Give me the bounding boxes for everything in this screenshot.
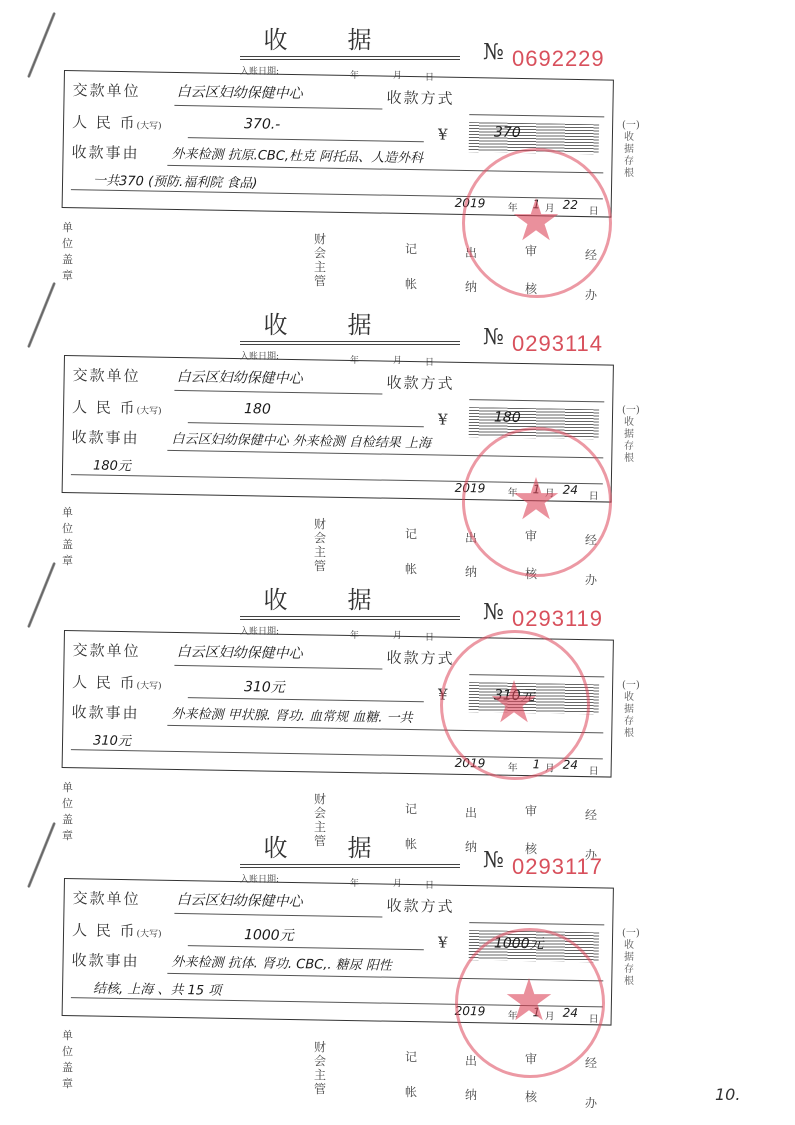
payer-label: 交款单位 bbox=[72, 364, 140, 386]
handler-label-1: 经 bbox=[585, 1054, 597, 1071]
payer-label: 交款单位 bbox=[72, 887, 140, 909]
payer-line bbox=[174, 913, 382, 918]
uppercase-label: (大写) bbox=[136, 121, 161, 131]
title-underline bbox=[240, 344, 460, 345]
bookkeeping-label-1: 记 bbox=[405, 525, 417, 542]
receipt-title: 收据 bbox=[250, 20, 445, 55]
number-prefix: № bbox=[483, 600, 504, 625]
rmb-label: 人 民 币(大写) bbox=[72, 111, 162, 134]
payment-method-line bbox=[469, 114, 604, 117]
finance-supervisor-label: 财会主管 bbox=[314, 1040, 326, 1096]
rmb-text: 人 民 币 bbox=[72, 398, 137, 417]
payment-method-line bbox=[469, 922, 604, 925]
number-prefix: № bbox=[483, 848, 504, 873]
bookkeeping-label-1: 记 bbox=[405, 1048, 417, 1065]
amount-figure-value: 370 bbox=[494, 125, 521, 141]
seal-star-icon: ★ bbox=[503, 966, 555, 1034]
cashier-label-2: 纳 bbox=[465, 278, 477, 295]
rmb-text: 人 民 币 bbox=[72, 113, 137, 132]
yen-symbol: ¥ bbox=[438, 934, 450, 952]
rmb-label: 人 民 币(大写) bbox=[72, 671, 162, 694]
uppercase-label: (大写) bbox=[136, 929, 161, 939]
title-underline bbox=[240, 864, 460, 865]
audit-label-2: 核 bbox=[525, 1088, 537, 1105]
payment-method-line bbox=[469, 399, 604, 402]
payer-line bbox=[174, 665, 382, 670]
seal-star-icon: ★ bbox=[510, 465, 562, 533]
payer-label: 交款单位 bbox=[72, 79, 140, 101]
payer-value: 白云区妇幼保健中心 bbox=[176, 641, 302, 663]
uppercase-label: (大写) bbox=[136, 681, 161, 691]
handler-label-1: 经 bbox=[585, 806, 597, 823]
amount-figure-value: 180 bbox=[494, 410, 521, 426]
reason-value-line2: 结核, 上海 、共 15 项 bbox=[93, 978, 222, 999]
title-underline bbox=[240, 867, 460, 868]
reason-value-line1: 白云区妇幼保健中心 外来检测 自检结果 上海 bbox=[171, 428, 431, 452]
yen-symbol: ¥ bbox=[438, 411, 450, 429]
uppercase-label: (大写) bbox=[136, 406, 161, 416]
amount-words-line bbox=[188, 945, 424, 950]
reason-label: 收款事由 bbox=[71, 701, 139, 723]
yen-symbol: ¥ bbox=[438, 126, 450, 144]
bookkeeping-label-1: 记 bbox=[405, 240, 417, 257]
bookkeeping-label-1: 记 bbox=[405, 800, 417, 817]
reason-label: 收款事由 bbox=[71, 426, 139, 448]
stub-side-note: (一)收据存根 bbox=[622, 680, 636, 740]
rmb-label: 人 民 币(大写) bbox=[72, 396, 162, 419]
payment-method-label: 收款方式 bbox=[386, 895, 454, 917]
amount-words-line bbox=[188, 137, 424, 142]
page-number: 10. bbox=[715, 1085, 740, 1104]
handler-label-2: 办 bbox=[585, 1094, 597, 1111]
payer-value: 白云区妇幼保健中心 bbox=[176, 889, 302, 911]
date-day-label: 日 bbox=[589, 762, 601, 777]
rmb-text: 人 民 币 bbox=[72, 921, 137, 940]
stub-side-note: (一)收据存根 bbox=[622, 928, 636, 988]
official-seal: ★ bbox=[455, 928, 605, 1078]
receipt-number: 0293117 bbox=[512, 854, 603, 880]
title-underline bbox=[240, 619, 460, 620]
title-underline bbox=[240, 341, 460, 342]
title-underline bbox=[240, 616, 460, 617]
stub-side-note: (一)收据存根 bbox=[622, 405, 636, 465]
finance-supervisor-label: 财会主管 bbox=[314, 232, 326, 288]
rmb-text: 人 民 币 bbox=[72, 673, 137, 692]
receipt: 收据 № 0293114 入账日期: 年 月 日 交款单位 白云区妇幼保健中心 … bbox=[0, 305, 795, 580]
payment-method-label: 收款方式 bbox=[386, 87, 454, 109]
receipt: 收据 № 0293117 入账日期: 年 月 日 交款单位 白云区妇幼保健中心 … bbox=[0, 828, 795, 1103]
seal-star-icon: ★ bbox=[510, 186, 562, 254]
reason-value-line1: 外来检测 甲状腺. 肾功. 血常规 血糖. 一共 bbox=[171, 703, 412, 726]
reason-value-line2: 180元 bbox=[93, 455, 131, 475]
number-prefix: № bbox=[483, 40, 504, 65]
number-prefix: № bbox=[483, 325, 504, 350]
finance-supervisor-label: 财会主管 bbox=[314, 517, 326, 573]
bookkeeping-label-2: 帐 bbox=[405, 1083, 417, 1100]
reason-value-line2: 一共370 (预防.福利院 食品) bbox=[93, 170, 258, 192]
payer-label: 交款单位 bbox=[72, 639, 140, 661]
payment-method-label: 收款方式 bbox=[386, 647, 454, 669]
amount-words-line bbox=[188, 422, 424, 427]
amount-words-value: 180 bbox=[244, 401, 271, 417]
cashier-label-2: 纳 bbox=[465, 563, 477, 580]
receipt-title: 收据 bbox=[250, 828, 445, 863]
unit-seal-label: 单位盖章 bbox=[62, 505, 74, 569]
stub-side-note: (一)收据存根 bbox=[622, 120, 636, 180]
amount-words-value: 370.- bbox=[244, 116, 281, 133]
seal-star-icon: ★ bbox=[488, 668, 540, 736]
reason-value-line1: 外来检测 抗体. 肾功. CBC,. 糖尿 阳性 bbox=[171, 951, 392, 974]
title-underline bbox=[240, 56, 460, 57]
amount-words-value: 310元 bbox=[244, 676, 285, 697]
receipt: 收据 № 0692229 入账日期: 年 月 日 交款单位 白云区妇幼保健中心 … bbox=[0, 20, 795, 295]
receipt-title: 收据 bbox=[250, 305, 445, 340]
receipt-number: 0293119 bbox=[512, 606, 603, 632]
reason-value-line1: 外来检测 抗原.CBC,杜克 阿托品、人造外科 bbox=[171, 143, 423, 166]
title-underline bbox=[240, 59, 460, 60]
payment-method-label: 收款方式 bbox=[386, 372, 454, 394]
official-seal: ★ bbox=[462, 148, 612, 298]
bookkeeping-label-2: 帐 bbox=[405, 560, 417, 577]
amount-words-line bbox=[188, 697, 424, 702]
unit-seal-label: 单位盖章 bbox=[62, 1028, 74, 1092]
receipt-number: 0293114 bbox=[512, 331, 603, 357]
receipt: 收据 № 0293119 入账日期: 年 月 日 交款单位 白云区妇幼保健中心 … bbox=[0, 580, 795, 855]
cashier-label-1: 出 bbox=[465, 804, 477, 821]
unit-seal-label: 单位盖章 bbox=[62, 220, 74, 284]
official-seal: ★ bbox=[440, 630, 590, 780]
handler-label-2: 办 bbox=[585, 286, 597, 303]
payer-value: 白云区妇幼保健中心 bbox=[176, 366, 302, 388]
payer-line bbox=[174, 390, 382, 395]
bookkeeping-label-2: 帐 bbox=[405, 275, 417, 292]
audit-label-1: 审 bbox=[525, 802, 537, 819]
payer-value: 白云区妇幼保健中心 bbox=[176, 81, 302, 103]
cashier-label-2: 纳 bbox=[465, 1086, 477, 1103]
reason-label: 收款事由 bbox=[71, 141, 139, 163]
reason-value-line2: 310元 bbox=[93, 730, 131, 750]
reason-label: 收款事由 bbox=[71, 949, 139, 971]
payer-line bbox=[174, 105, 382, 110]
rmb-label: 人 民 币(大写) bbox=[72, 919, 162, 942]
receipt-number: 0692229 bbox=[512, 46, 605, 72]
receipt-title: 收据 bbox=[250, 580, 445, 615]
amount-words-value: 1000元 bbox=[244, 924, 294, 945]
official-seal: ★ bbox=[462, 427, 612, 577]
